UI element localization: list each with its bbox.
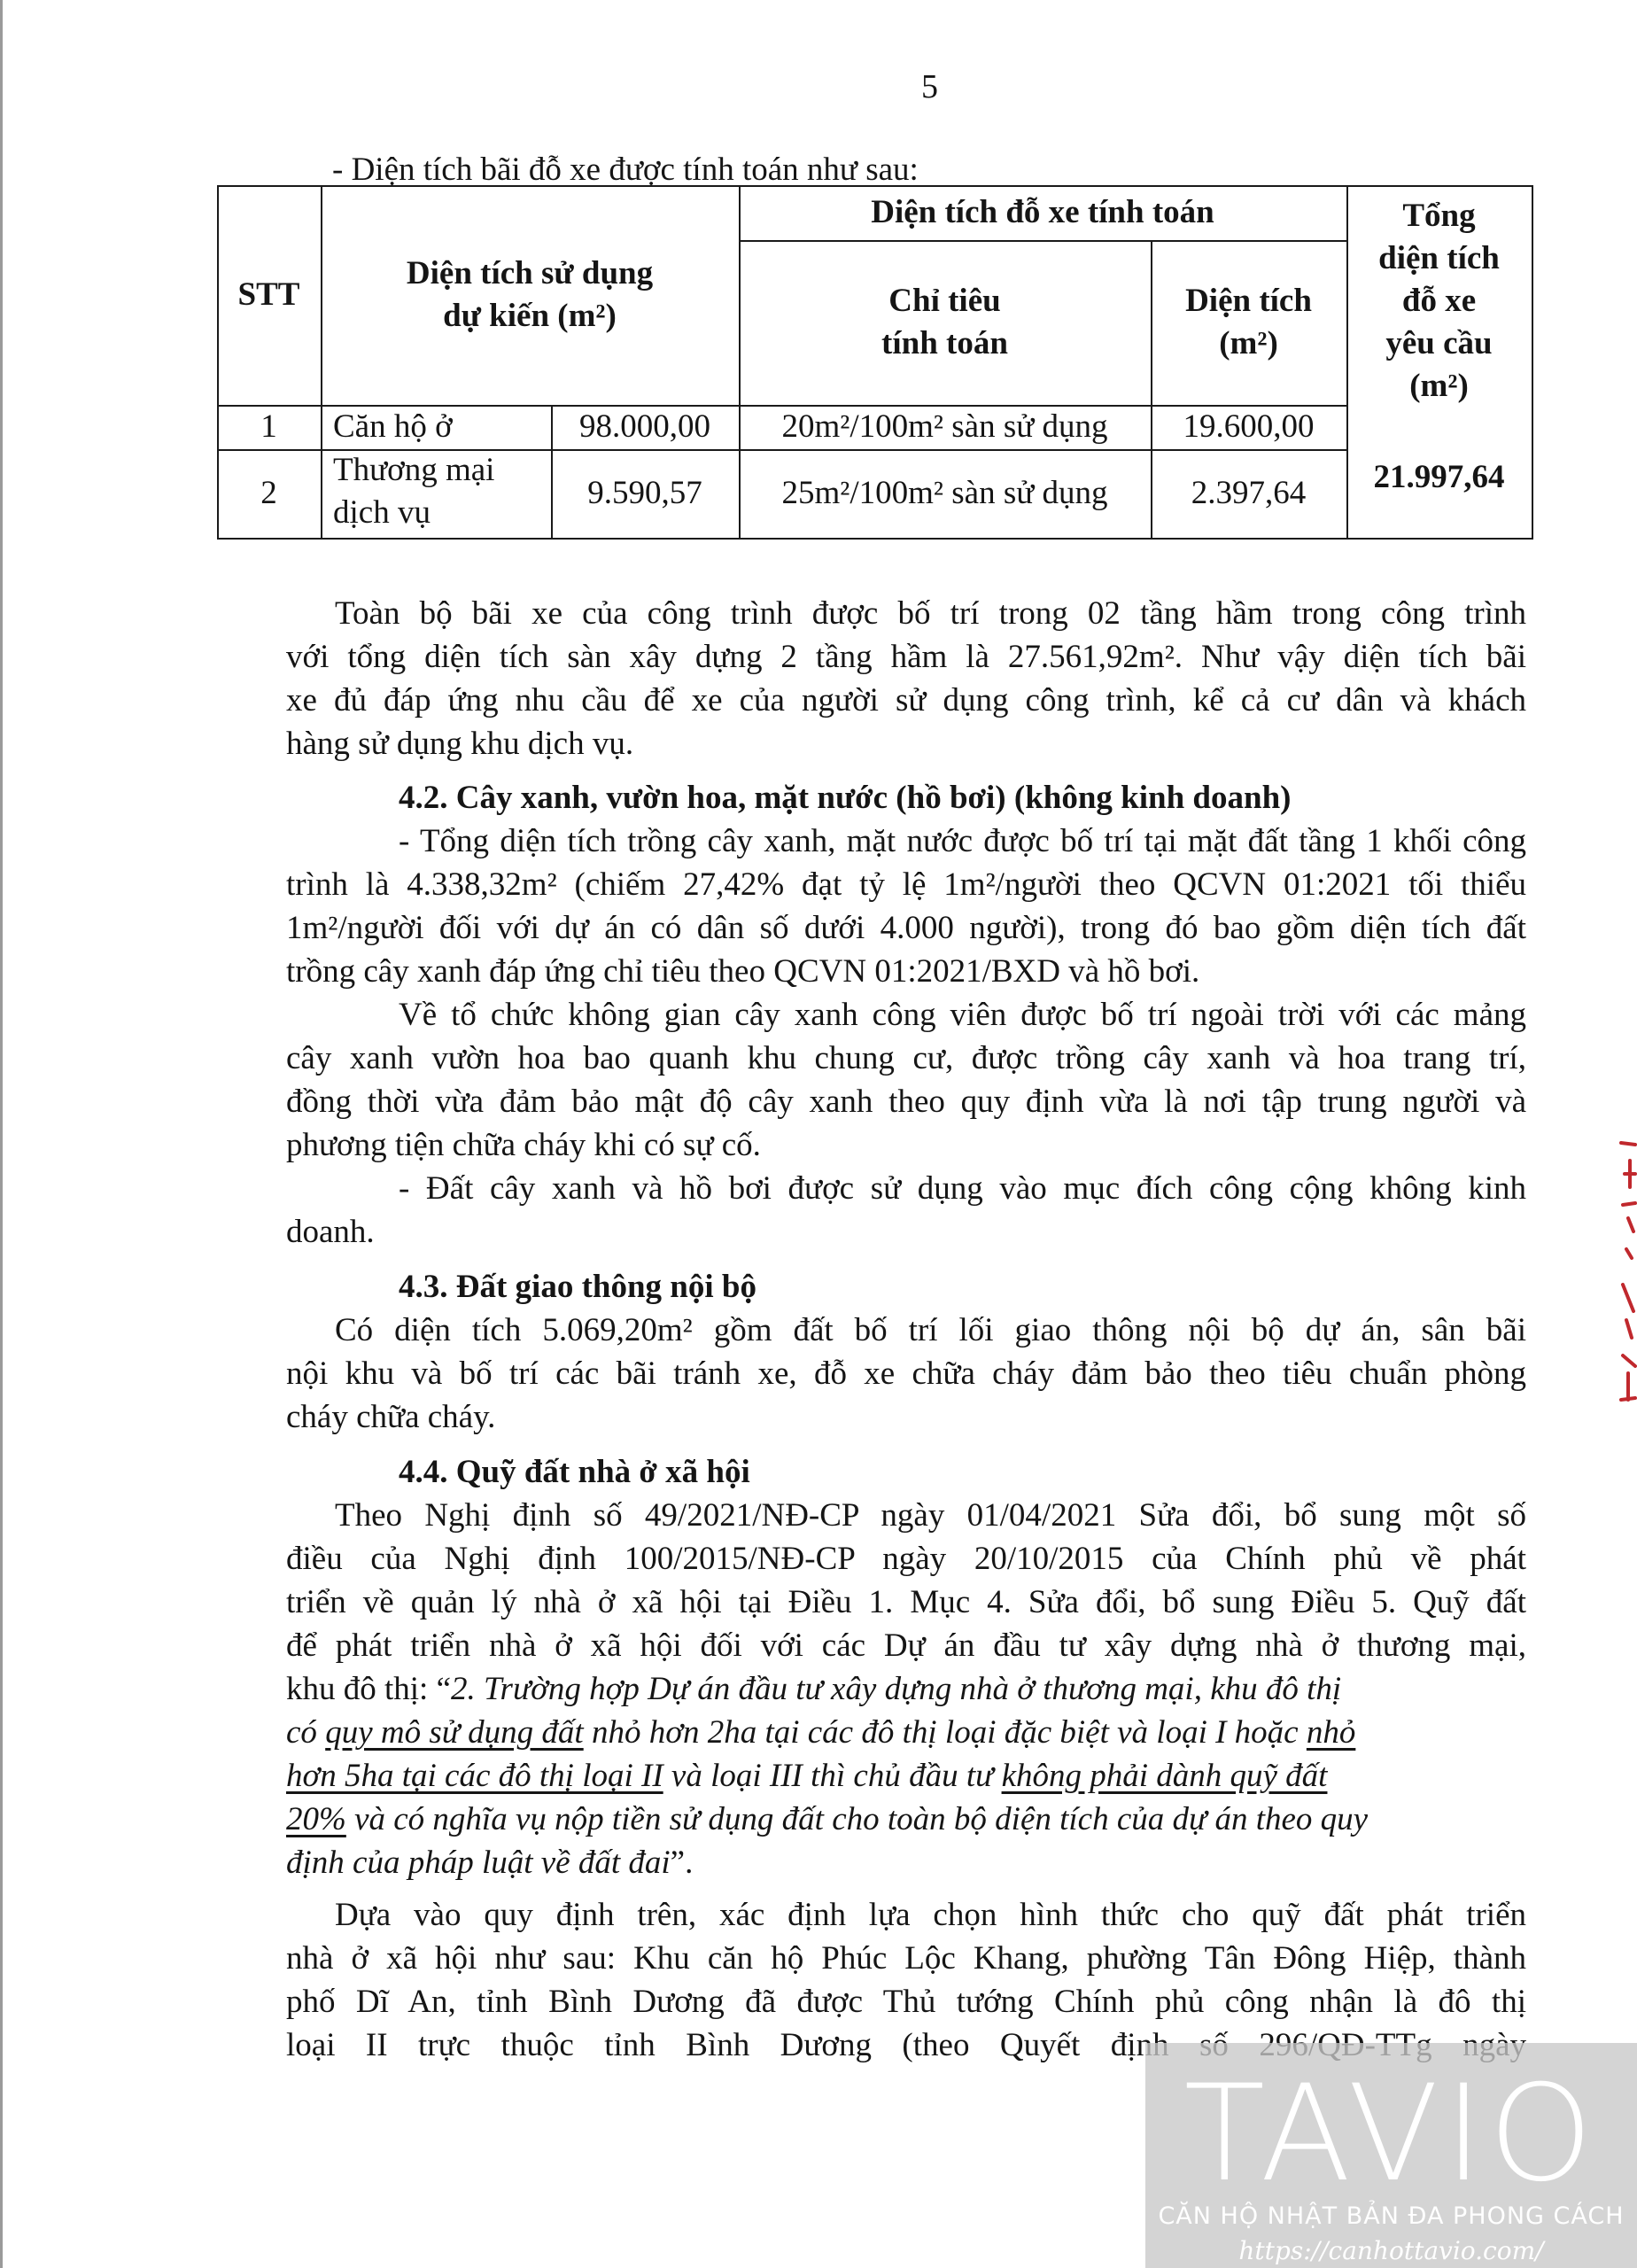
table-row-1-stt: 1 xyxy=(217,405,321,449)
table-row-1-planned: 98.000,00 xyxy=(551,405,739,449)
table-row-1-type: Căn hộ ở xyxy=(321,405,551,449)
header-stt: STT xyxy=(217,185,321,405)
para-decree-line-2: điều của Nghị định 100/2015/NĐ-CP ngày 2… xyxy=(286,1537,1526,1581)
table-total-required: 21.997,64 xyxy=(1346,417,1532,538)
underlined-land-scale: quy mô sử dụng đất xyxy=(325,1714,584,1751)
para-decree-quote-line-2: có quy mô sử dụng đất nhỏ hơn 2ha tại cá… xyxy=(286,1711,1526,1754)
para-traffic-line-1: Có diện tích 5.069,20m² gồm đất bố trí l… xyxy=(335,1309,1526,1352)
para-park-layout-line-3: đồng thời vừa đảm bảo mật độ cây xanh th… xyxy=(286,1080,1526,1123)
table-row-1-criterion: 20m²/100m² sàn sử dụng xyxy=(739,405,1151,449)
watermark-tagline: CĂN HỘ NHẬT BẢN ĐA PHONG CÁCH xyxy=(1145,2202,1637,2230)
para-conclusion-line-3: phố Dĩ An, tỉnh Bình Dương đã được Thủ t… xyxy=(286,1980,1526,2023)
parking-area-table: STT Diện tích sử dụng dự kiến (m²) Diện … xyxy=(217,185,1533,540)
para-park-layout-line-2: cây xanh vườn hoa bao quanh khu chung cư… xyxy=(286,1037,1526,1080)
underlined-no-land-fund: không phải dành quỹ đất xyxy=(1002,1758,1328,1794)
header-criterion: Chỉ tiêu tính toán xyxy=(739,240,1151,405)
table-row-2-area: 2.397,64 xyxy=(1151,449,1346,538)
header-area: Diện tích (m²) xyxy=(1151,240,1346,405)
para-parking-line-2: với tổng diện tích sàn xây dựng 2 tầng h… xyxy=(286,635,1526,679)
table-row-1-area: 19.600,00 xyxy=(1151,405,1346,449)
watermark-overlay: TAVIO CĂN HỘ NHẬT BẢN ĐA PHONG CÁCH http… xyxy=(1145,2043,1637,2268)
header-total: Tổng diện tích đỗ xe yêu cầu (m²) xyxy=(1346,185,1532,417)
para-decree-line-1: Theo Nghị định số 49/2021/NĐ-CP ngày 01/… xyxy=(335,1494,1526,1537)
para-traffic-line-2: nội khu và bố trí các bãi tránh xe, đỗ x… xyxy=(286,1352,1526,1395)
red-stamp-fragment xyxy=(1618,1134,1637,1409)
para-decree-quote-line-1: khu đô thị: “2. Trường hợp Dự án đầu tư … xyxy=(286,1667,1526,1711)
heading-4-2: 4.2. Cây xanh, vườn hoa, mặt nước (hồ bơ… xyxy=(399,776,1637,819)
para-conclusion-line-2: nhà ở xã hội như sau: Khu căn hộ Phúc Lộ… xyxy=(286,1937,1526,1980)
para-public-use-line-1: - Đất cây xanh và hồ bơi được sử dụng và… xyxy=(399,1167,1526,1210)
para-decree-line-4: để phát triển nhà ở xã hội đối với các D… xyxy=(286,1624,1526,1667)
table-row-2-planned: 9.590,57 xyxy=(551,449,739,538)
scan-edge xyxy=(0,0,3,2268)
para-traffic-line-3: cháy chữa cháy. xyxy=(286,1395,1526,1439)
watermark-logo: TAVIO xyxy=(1145,2068,1637,2201)
para-decree-line-3: triển về quản lý nhà ở xã hội tại Điều 1… xyxy=(286,1581,1526,1624)
table-row-2-type: Thương mại dịch vụ xyxy=(321,449,551,538)
table-row-2-stt: 2 xyxy=(217,449,321,538)
para-greenery-line-2: trình là 4.338,32m² (chiếm 27,42% đạt tỷ… xyxy=(286,863,1526,906)
watermark-url: https://canhottavio.com/ xyxy=(1145,2236,1637,2265)
page-number: 5 xyxy=(921,67,938,106)
para-park-layout-line-4: phương tiện chữa cháy khi có sự cố. xyxy=(286,1123,1526,1167)
para-parking-line-1: Toàn bộ bãi xe của công trình được bố tr… xyxy=(335,592,1526,635)
para-greenery-line-4: trồng cây xanh đáp ứng chỉ tiêu theo QCV… xyxy=(286,950,1526,993)
para-decree-quote-line-3: hơn 5ha tại các đô thị loại II và loại I… xyxy=(286,1754,1526,1798)
table-row-2-criterion: 25m²/100m² sàn sử dụng xyxy=(739,449,1151,538)
header-group-parking-calc: Diện tích đỗ xe tính toán xyxy=(739,185,1346,240)
heading-4-4: 4.4. Quỹ đất nhà ở xã hội xyxy=(399,1450,1637,1494)
para-conclusion-line-1: Dựa vào quy định trên, xác định lựa chọn… xyxy=(335,1893,1526,1937)
para-park-layout-line-1: Về tổ chức không gian cây xanh công viên… xyxy=(399,993,1526,1037)
para-decree-quote-line-4: 20% và có nghĩa vụ nộp tiền sử dụng đất … xyxy=(286,1798,1526,1841)
underlined-class-ii: hơn 5ha tại các đô thị loại II xyxy=(286,1758,663,1794)
heading-4-3: 4.3. Đất giao thông nội bộ xyxy=(399,1265,1637,1309)
para-parking-line-4: hàng sử dụng khu dịch vụ. xyxy=(286,722,1526,765)
para-parking-line-3: xe đủ đáp ứng nhu cầu để xe của người sử… xyxy=(286,679,1526,722)
para-public-use-line-2: doanh. xyxy=(286,1210,1526,1254)
para-decree-quote-line-5: định của pháp luật về đất đai”. xyxy=(286,1841,1526,1884)
header-area-planned: Diện tích sử dụng dự kiến (m²) xyxy=(321,185,739,405)
para-greenery-line-1: - Tổng diện tích trồng cây xanh, mặt nướ… xyxy=(399,819,1526,863)
para-greenery-line-3: 1m²/người đối với dự án có dân số dưới 4… xyxy=(286,906,1526,950)
